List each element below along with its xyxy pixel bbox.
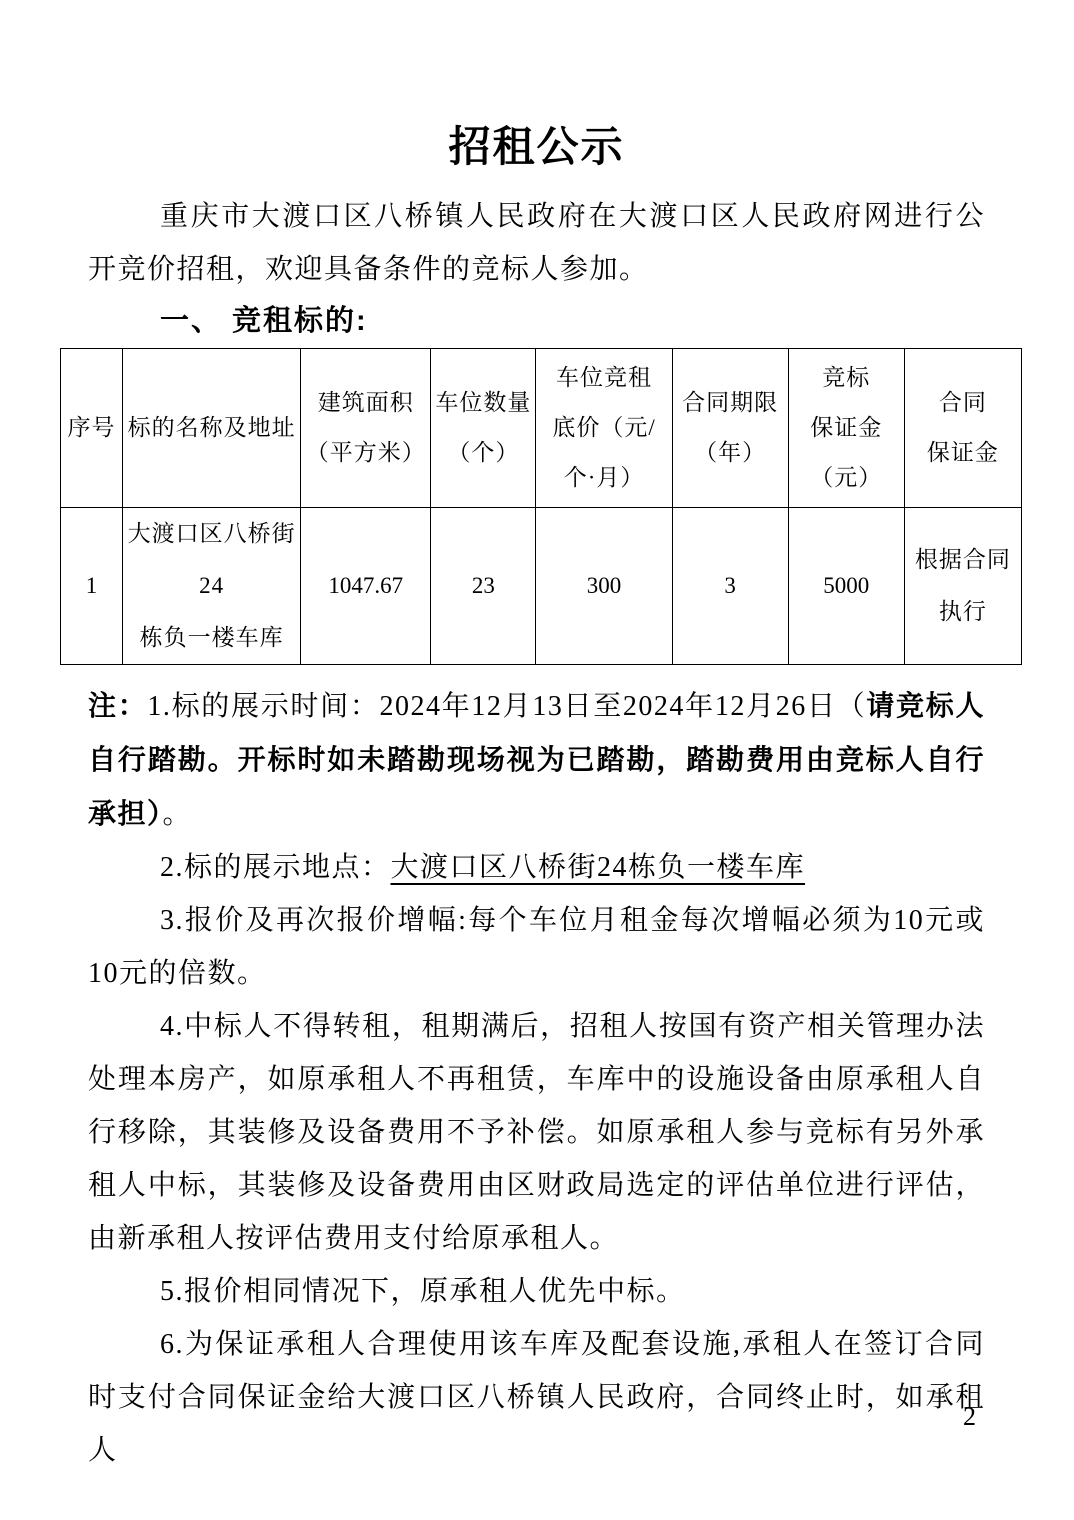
note-2-location: 大渡口区八桥街24栋负一楼车库 bbox=[391, 852, 806, 883]
page-number: 2 bbox=[963, 1402, 976, 1432]
note-1-label: 注： bbox=[88, 690, 147, 721]
note-1-end: 。 bbox=[163, 799, 193, 830]
notes-section: 注：1.标的展示时间：2024年12月13日至2024年12月26日（请竞标人自… bbox=[88, 679, 985, 1477]
header-base-price: 车位竞租 底价（元/ 个·月） bbox=[536, 349, 672, 508]
document-content: 招租公示 重庆市大渡口区八桥镇人民政府在大渡口区人民政府网进行公开竞价招租，欢迎… bbox=[0, 0, 1074, 1477]
table-row: 1 大渡口区八桥街24 栋负一楼车库 1047.67 23 300 3 5000… bbox=[61, 508, 1022, 665]
bid-targets-table: 序号 标的名称及地址 建筑面积 （平方米） 车位数量 （个） 车位竞租 底价（元… bbox=[60, 348, 1022, 665]
note-item-6: 6.为保证承租人合理使用该车库及配套设施,承租人在签订合同时支付合同保证金给大渡… bbox=[88, 1318, 985, 1477]
header-name-address: 标的名称及地址 bbox=[123, 349, 301, 508]
header-bid-deposit: 竞标 保证金 （元） bbox=[788, 349, 904, 508]
cell-contract-deposit: 根据合同执行 bbox=[904, 508, 1021, 665]
cell-base-price: 300 bbox=[536, 508, 672, 665]
cell-seq: 1 bbox=[61, 508, 123, 665]
intro-paragraph: 重庆市大渡口区八桥镇人民政府在大渡口区人民政府网进行公开竞价招租，欢迎具备条件的… bbox=[88, 190, 985, 296]
cell-term: 3 bbox=[672, 508, 788, 665]
section-1-heading: 一、 竞租标的: bbox=[160, 300, 985, 342]
note-item-5: 5.报价相同情况下，原承租人优先中标。 bbox=[88, 1265, 985, 1318]
table-header-row: 序号 标的名称及地址 建筑面积 （平方米） 车位数量 （个） 车位竞租 底价（元… bbox=[61, 349, 1022, 508]
document-page: 招租公示 重庆市大渡口区八桥镇人民政府在大渡口区人民政府网进行公开竞价招租，欢迎… bbox=[0, 0, 1074, 1520]
header-contract-deposit: 合同 保证金 bbox=[904, 349, 1021, 508]
document-title: 招租公示 bbox=[88, 0, 985, 174]
cell-area: 1047.67 bbox=[301, 508, 431, 665]
cell-name-address: 大渡口区八桥街24 栋负一楼车库 bbox=[123, 508, 301, 665]
note-1-regular: 1.标的展示时间：2024年12月13日至2024年12月26日（ bbox=[147, 691, 866, 722]
header-term: 合同期限 （年） bbox=[672, 349, 788, 508]
cell-spaces: 23 bbox=[431, 508, 536, 665]
note-1: 注：1.标的展示时间：2024年12月13日至2024年12月26日（请竞标人自… bbox=[88, 679, 985, 841]
header-area: 建筑面积 （平方米） bbox=[301, 349, 431, 508]
cell-bid-deposit: 5000 bbox=[788, 508, 904, 665]
header-seq: 序号 bbox=[61, 349, 123, 508]
note-item-4: 4.中标人不得转租，租期满后，招租人按国有资产相关管理办法处理本房产，如原承租人… bbox=[88, 1000, 985, 1265]
note-item-2: 2.标的展示地点：大渡口区八桥街24栋负一楼车库 bbox=[88, 841, 985, 894]
note-item-3: 3.报价及再次报价增幅:每个车位月租金每次增幅必须为10元或10元的倍数。 bbox=[88, 894, 985, 1000]
header-spaces: 车位数量 （个） bbox=[431, 349, 536, 508]
note-2-lead: 2.标的展示地点： bbox=[160, 852, 391, 883]
